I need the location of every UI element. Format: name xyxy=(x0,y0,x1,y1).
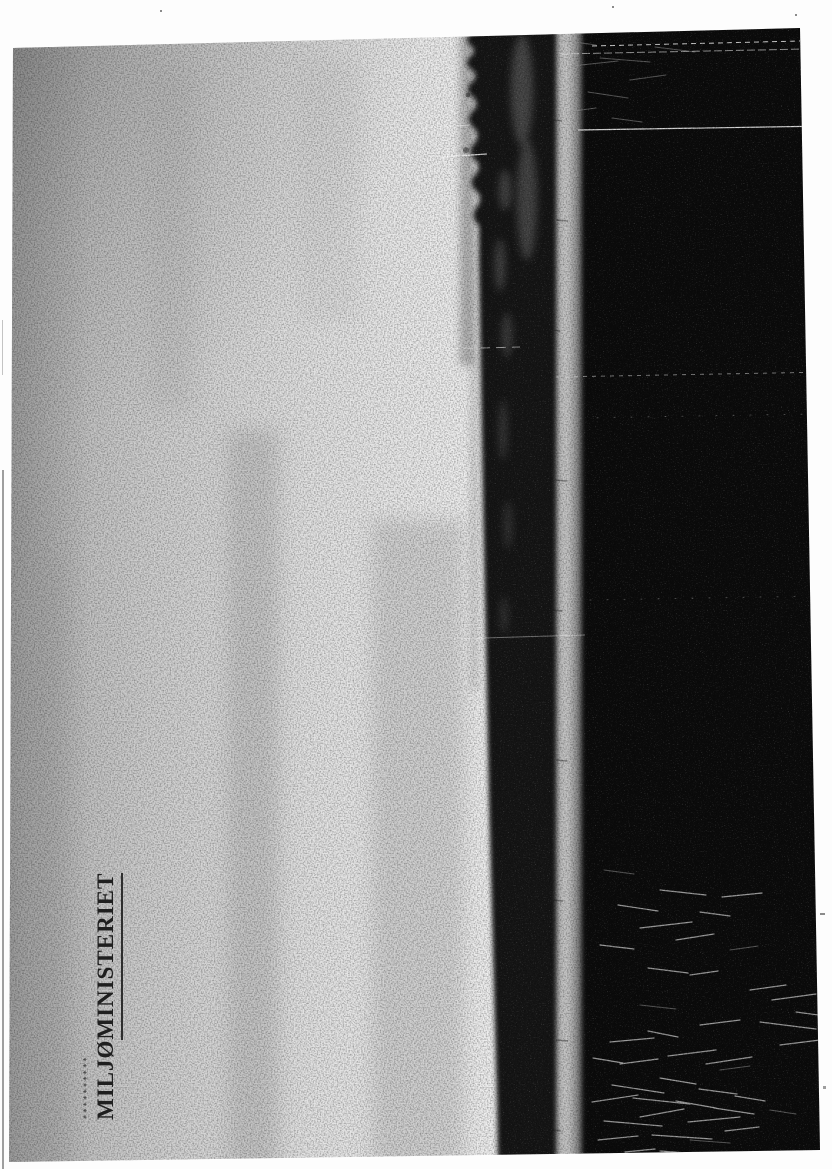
cover-photo: ********** MILJØMINISTERIET xyxy=(0,0,832,1169)
right-margin-tick-2 xyxy=(823,1086,826,1089)
left-margin-scan-dash xyxy=(2,320,3,375)
scan-page: { "logo": { "stars": "**********", "name… xyxy=(0,0,832,1169)
ministry-name-start: MILJØ xyxy=(93,1040,118,1120)
ministry-logo-name: MILJØMINISTERIET xyxy=(94,870,123,1120)
ministry-logo: ********** MILJØMINISTERIET xyxy=(82,870,123,1120)
ministry-logo-stars: ********** xyxy=(82,870,92,1119)
right-margin-tick-1 xyxy=(820,913,825,915)
scanned-cover-page: ********** MILJØMINISTERIET xyxy=(0,0,832,1169)
ministry-name-rest-underlined: MINISTERIET xyxy=(94,873,123,1040)
margin-speck-3 xyxy=(795,14,797,16)
margin-speck-2 xyxy=(612,6,614,8)
margin-speck-1 xyxy=(160,10,162,12)
photo-art xyxy=(0,0,832,1169)
left-margin-scan-line xyxy=(2,470,4,1169)
